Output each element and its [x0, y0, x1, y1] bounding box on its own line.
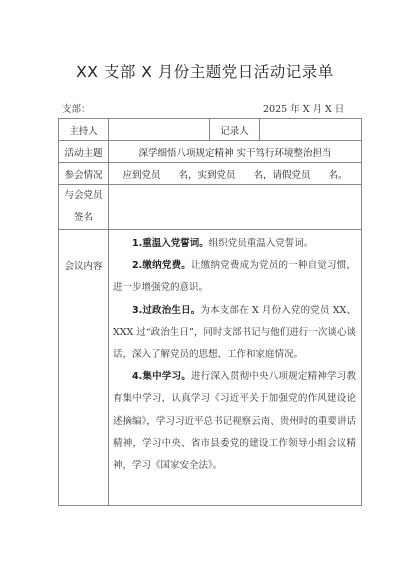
attendance-label: 参会情况 [59, 163, 109, 185]
attendance-row: 参会情况 应到党员名，实到党员名，请假党员名。 [59, 163, 362, 185]
signature-label: 与会党员 签名 [59, 185, 109, 230]
attendance-value[interactable]: 应到党员名，实到党员名，请假党员名。 [109, 163, 362, 185]
document-title: XX 支部 X 月份主题党日活动记录单 [0, 60, 410, 82]
theme-label: 活动主题 [59, 141, 109, 163]
attendance-expected: 应到党员 [122, 170, 160, 181]
content-item-4-heading: 4.集中学习。 [132, 371, 191, 382]
content-value[interactable]: 1.重温入党誓词。组织党员重温入党誓词。 2.缴纳党费。让缴纳党费成为党员的一种… [109, 230, 362, 506]
signature-row: 与会党员 签名 [59, 185, 362, 230]
content-item-1-body: 组织党员重温入党誓词。 [209, 238, 314, 249]
attendance-leave: 名，请假党员 [254, 170, 311, 181]
branch-label: 支部： [62, 101, 91, 115]
record-date: 2025 年 X 月 X 日 [263, 101, 344, 115]
signature-label-line2: 签名 [59, 207, 108, 229]
host-value[interactable] [109, 119, 210, 141]
content-item-3: 3.过政治生日。为本支部在 X 月份入党的党员 XX、XXX 过“政治生日”，同… [113, 300, 356, 367]
signature-value[interactable] [109, 185, 362, 230]
content-label-text: 会议内容 [59, 258, 108, 272]
host-label: 主持人 [59, 119, 109, 141]
attendance-actual: 名，实到党员 [178, 170, 235, 181]
content-item-3-heading: 3.过政治生日。 [132, 305, 200, 316]
content-item-1-heading: 1.重温入党誓词。 [132, 238, 209, 249]
content-label: 会议内容 [59, 230, 109, 506]
content-item-2-heading: 2.缴纳党费。 [132, 260, 191, 271]
content-item-4-body: 进行深入贯彻中央八项规定精神学习教育集中学习，认真学习《习近平关于加强党的作风建… [113, 371, 356, 471]
host-row: 主持人 记录人 [59, 119, 362, 141]
attendance-end: 名。 [329, 170, 348, 181]
signature-label-line1: 与会党员 [59, 185, 108, 207]
theme-value[interactable]: 深学细悟八项规定精神 实干笃行环境整治担当 [109, 141, 362, 163]
recorder-label: 记录人 [210, 119, 260, 141]
content-item-2: 2.缴纳党费。让缴纳党费成为党员的一种自觉习惯，进一步增强党的意识。 [113, 255, 356, 299]
theme-row: 活动主题 深学细悟八项规定精神 实干笃行环境整治担当 [59, 141, 362, 163]
activity-record-form: 主持人 记录人 活动主题 深学细悟八项规定精神 实干笃行环境整治担当 参会情况 … [58, 118, 362, 506]
content-item-4: 4.集中学习。进行深入贯彻中央八项规定精神学习教育集中学习，认真学习《习近平关于… [113, 366, 356, 477]
content-item-1: 1.重温入党誓词。组织党员重温入党誓词。 [113, 233, 356, 255]
recorder-value[interactable] [260, 119, 362, 141]
content-row: 会议内容 1.重温入党誓词。组织党员重温入党誓词。 2.缴纳党费。让缴纳党费成为… [59, 230, 362, 506]
